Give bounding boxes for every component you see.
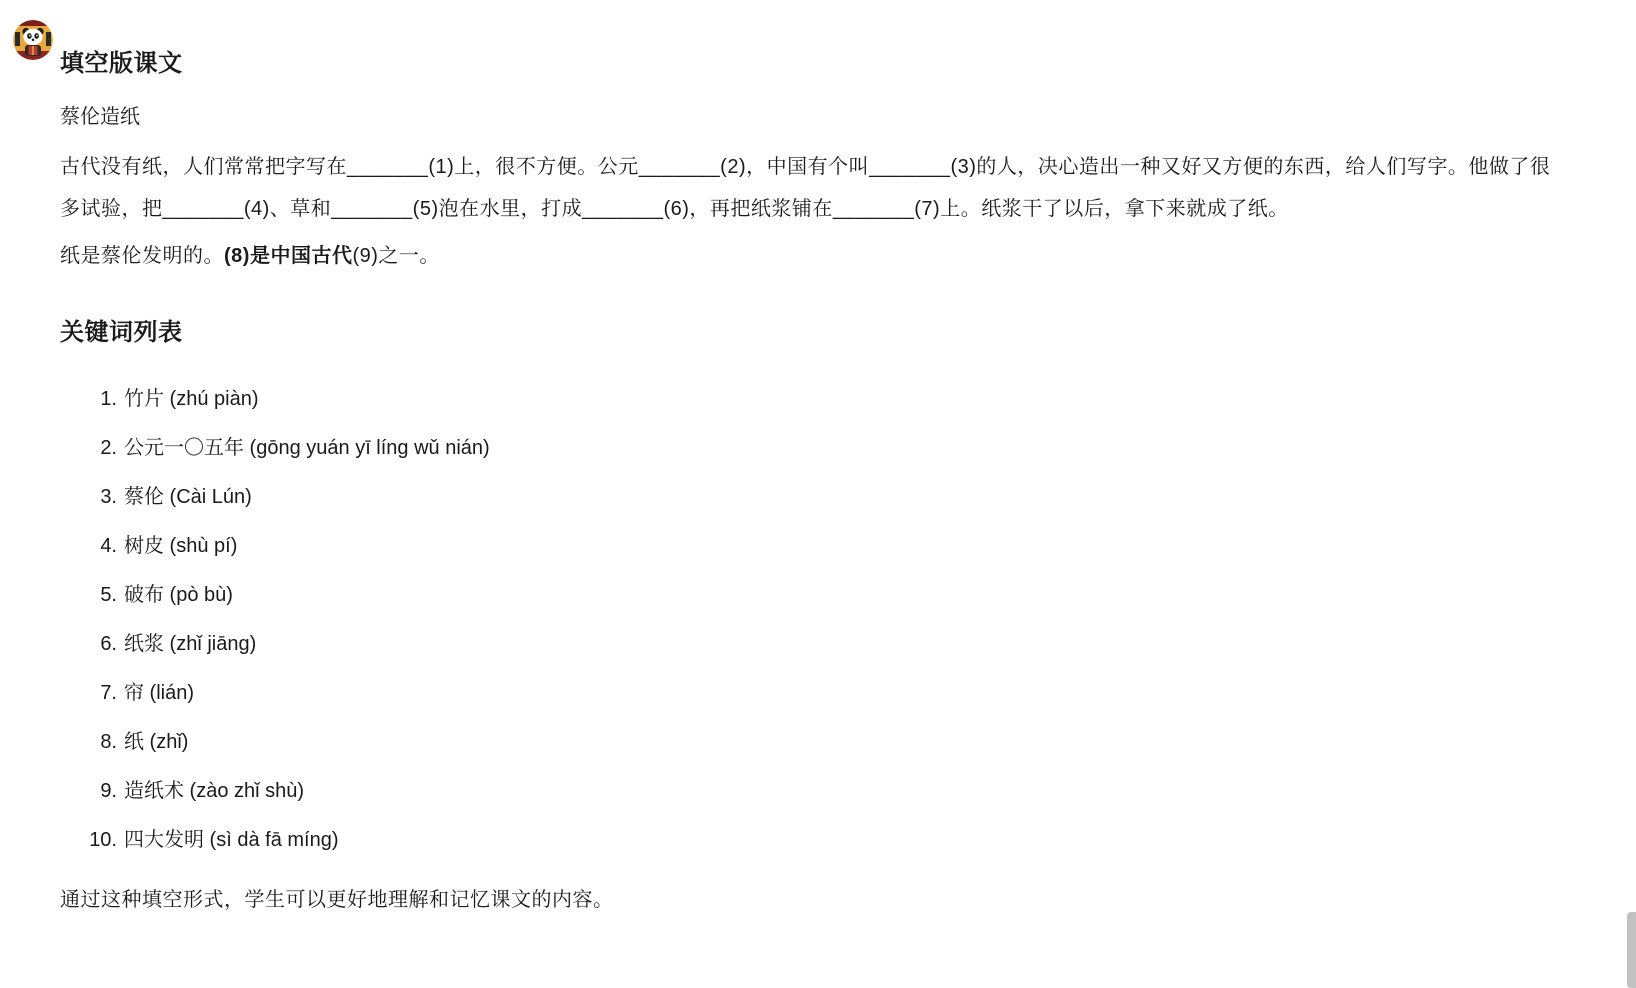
message-content: 填空版课文 蔡伦造纸 古代没有纸，人们常常把字写在_______(1)上，很不方… [60, 0, 1552, 915]
keyword-text: 纸浆 (zhǐ jiāng) [124, 629, 256, 659]
keyword-number: 10. [60, 825, 117, 855]
keyword-text: 造纸术 (zào zhǐ shù) [124, 776, 304, 806]
page-title: 填空版课文 [60, 50, 1552, 78]
summary-text-normal: (9)之一。 [352, 245, 439, 267]
keyword-text: 蔡伦 (Cài Lún) [124, 482, 252, 512]
closing-note: 通过这种填空形式，学生可以更好地理解和记忆课文的内容。 [60, 885, 1552, 915]
keyword-text: 帘 (lián) [124, 678, 194, 708]
keywords-heading: 关键词列表 [60, 319, 1552, 347]
keyword-number: 3. [60, 482, 117, 512]
keyword-text: 竹片 (zhú piàn) [124, 384, 259, 414]
keyword-item: 9.造纸术 (zào zhǐ shù) [60, 776, 1552, 806]
keyword-number: 1. [60, 384, 117, 414]
keyword-text: 四大发明 (sì dà fā míng) [124, 825, 339, 855]
summary-text-bold: (8)是中国古代 [224, 245, 352, 267]
keyword-number: 4. [60, 531, 117, 561]
fill-in-paragraph: 古代没有纸，人们常常把字写在_______(1)上，很不方便。公元_______… [60, 146, 1552, 230]
keyword-number: 5. [60, 580, 117, 610]
keyword-text: 纸 (zhǐ) [124, 727, 188, 757]
summary-text-normal: 纸是蔡伦发明的。 [60, 245, 224, 267]
panda-avatar-icon[interactable] [13, 20, 53, 60]
summary-paragraph: 纸是蔡伦发明的。(8)是中国古代(9)之一。 [60, 241, 1552, 271]
keyword-number: 7. [60, 678, 117, 708]
keyword-item: 4.树皮 (shù pí) [60, 531, 1552, 561]
lesson-title: 蔡伦造纸 [60, 103, 1552, 131]
keyword-item: 7.帘 (lián) [60, 678, 1552, 708]
keyword-text: 公元一〇五年 (gōng yuán yī líng wǔ nián) [124, 433, 490, 463]
keyword-number: 9. [60, 776, 117, 806]
keyword-list: 1.竹片 (zhú piàn) 2.公元一〇五年 (gōng yuán yī l… [60, 384, 1552, 855]
keyword-number: 8. [60, 727, 117, 757]
keyword-item: 10.四大发明 (sì dà fā míng) [60, 825, 1552, 855]
keyword-number: 6. [60, 629, 117, 659]
keyword-item: 8.纸 (zhǐ) [60, 727, 1552, 757]
keyword-text: 树皮 (shù pí) [124, 531, 237, 561]
keyword-item: 1.竹片 (zhú piàn) [60, 384, 1552, 414]
scrollbar-thumb[interactable] [1627, 912, 1636, 988]
keyword-item: 3.蔡伦 (Cài Lún) [60, 482, 1552, 512]
keyword-item: 2.公元一〇五年 (gōng yuán yī líng wǔ nián) [60, 433, 1552, 463]
keyword-item: 5.破布 (pò bù) [60, 580, 1552, 610]
keyword-number: 2. [60, 433, 117, 463]
keyword-item: 6.纸浆 (zhǐ jiāng) [60, 629, 1552, 659]
chat-message-page: 填空版课文 蔡伦造纸 古代没有纸，人们常常把字写在_______(1)上，很不方… [0, 0, 1636, 988]
keyword-text: 破布 (pò bù) [124, 580, 233, 610]
